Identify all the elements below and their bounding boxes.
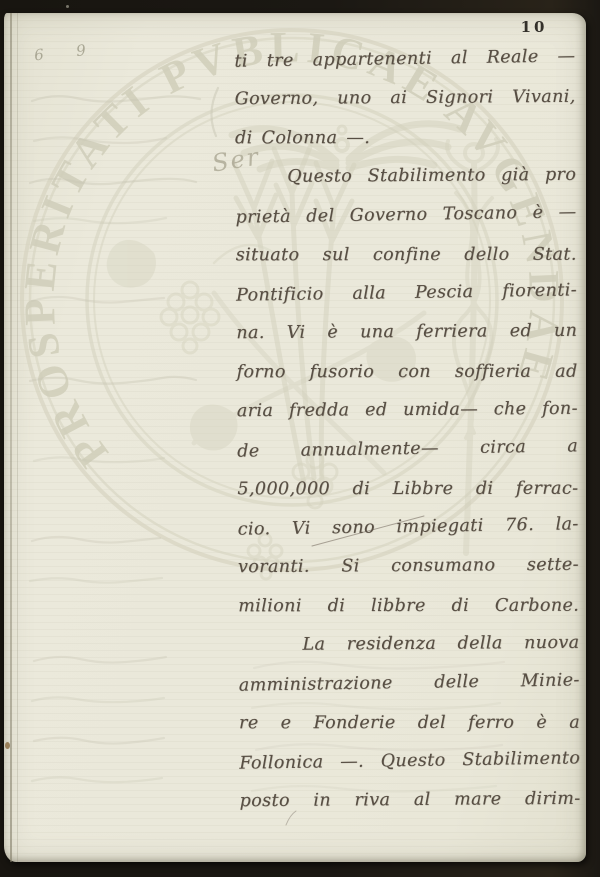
- manuscript-line: situato sul confine dello Stat.: [236, 236, 577, 276]
- manuscript-line: de annualmente— circa a: [237, 427, 579, 471]
- manuscript-line: cio. Vi sono impiegati 76. la-: [237, 505, 579, 549]
- manuscript-text: ti tre appartenenti al Reale — Governo, …: [234, 39, 580, 821]
- manuscript-line: Pontificio alla Pescia fiorenti-: [236, 271, 578, 315]
- manuscript-line: posto in riva al mare dirim-: [239, 780, 580, 821]
- manuscript-line: La residenza della nuova: [238, 624, 579, 665]
- manuscript-line: na. Vi è una ferriera ed un: [236, 312, 577, 353]
- binding-crease-faint: [17, 13, 18, 862]
- binding-crease: [10, 13, 12, 862]
- manuscript-line: voranti. Si consumano sette-: [238, 546, 579, 587]
- manuscript-line: di Colonna —.: [235, 119, 576, 159]
- manuscript-line: amministrazione delle Minie-: [238, 661, 580, 705]
- scanned-manuscript-photo: PROSPERITATI PVBLICAE AVGENDAE: [0, 0, 600, 877]
- manuscript-line: forno fusorio con soffieria ad: [237, 353, 578, 393]
- manuscript-line: Governo, uno ai Signori Vivani,: [235, 78, 576, 119]
- page-number: 10: [516, 18, 552, 36]
- manuscript-line: prietà del Governo Toscano è —: [235, 193, 577, 237]
- manuscript-line: 5,000,000 di Libbre di ferrac-: [237, 470, 578, 510]
- dust-speck: [66, 5, 69, 8]
- edge-stain: [5, 742, 10, 749]
- manuscript-line: aria fredda ed umida— che fon-: [237, 390, 578, 431]
- pencil-annotation: 6 9: [33, 40, 100, 65]
- manuscript-line: milioni di libbre di Carbone.: [238, 587, 579, 627]
- manuscript-line: ti tre appartenenti al Reale —: [234, 37, 576, 81]
- manuscript-page: PROSPERITATI PVBLICAE AVGENDAE: [4, 13, 586, 862]
- manuscript-line: re e Fonderie del ferro è a: [239, 704, 580, 744]
- manuscript-line: Questo Stabilimento già pro: [235, 156, 576, 197]
- manuscript-line: Follonica —. Questo Stabilimento: [239, 739, 581, 783]
